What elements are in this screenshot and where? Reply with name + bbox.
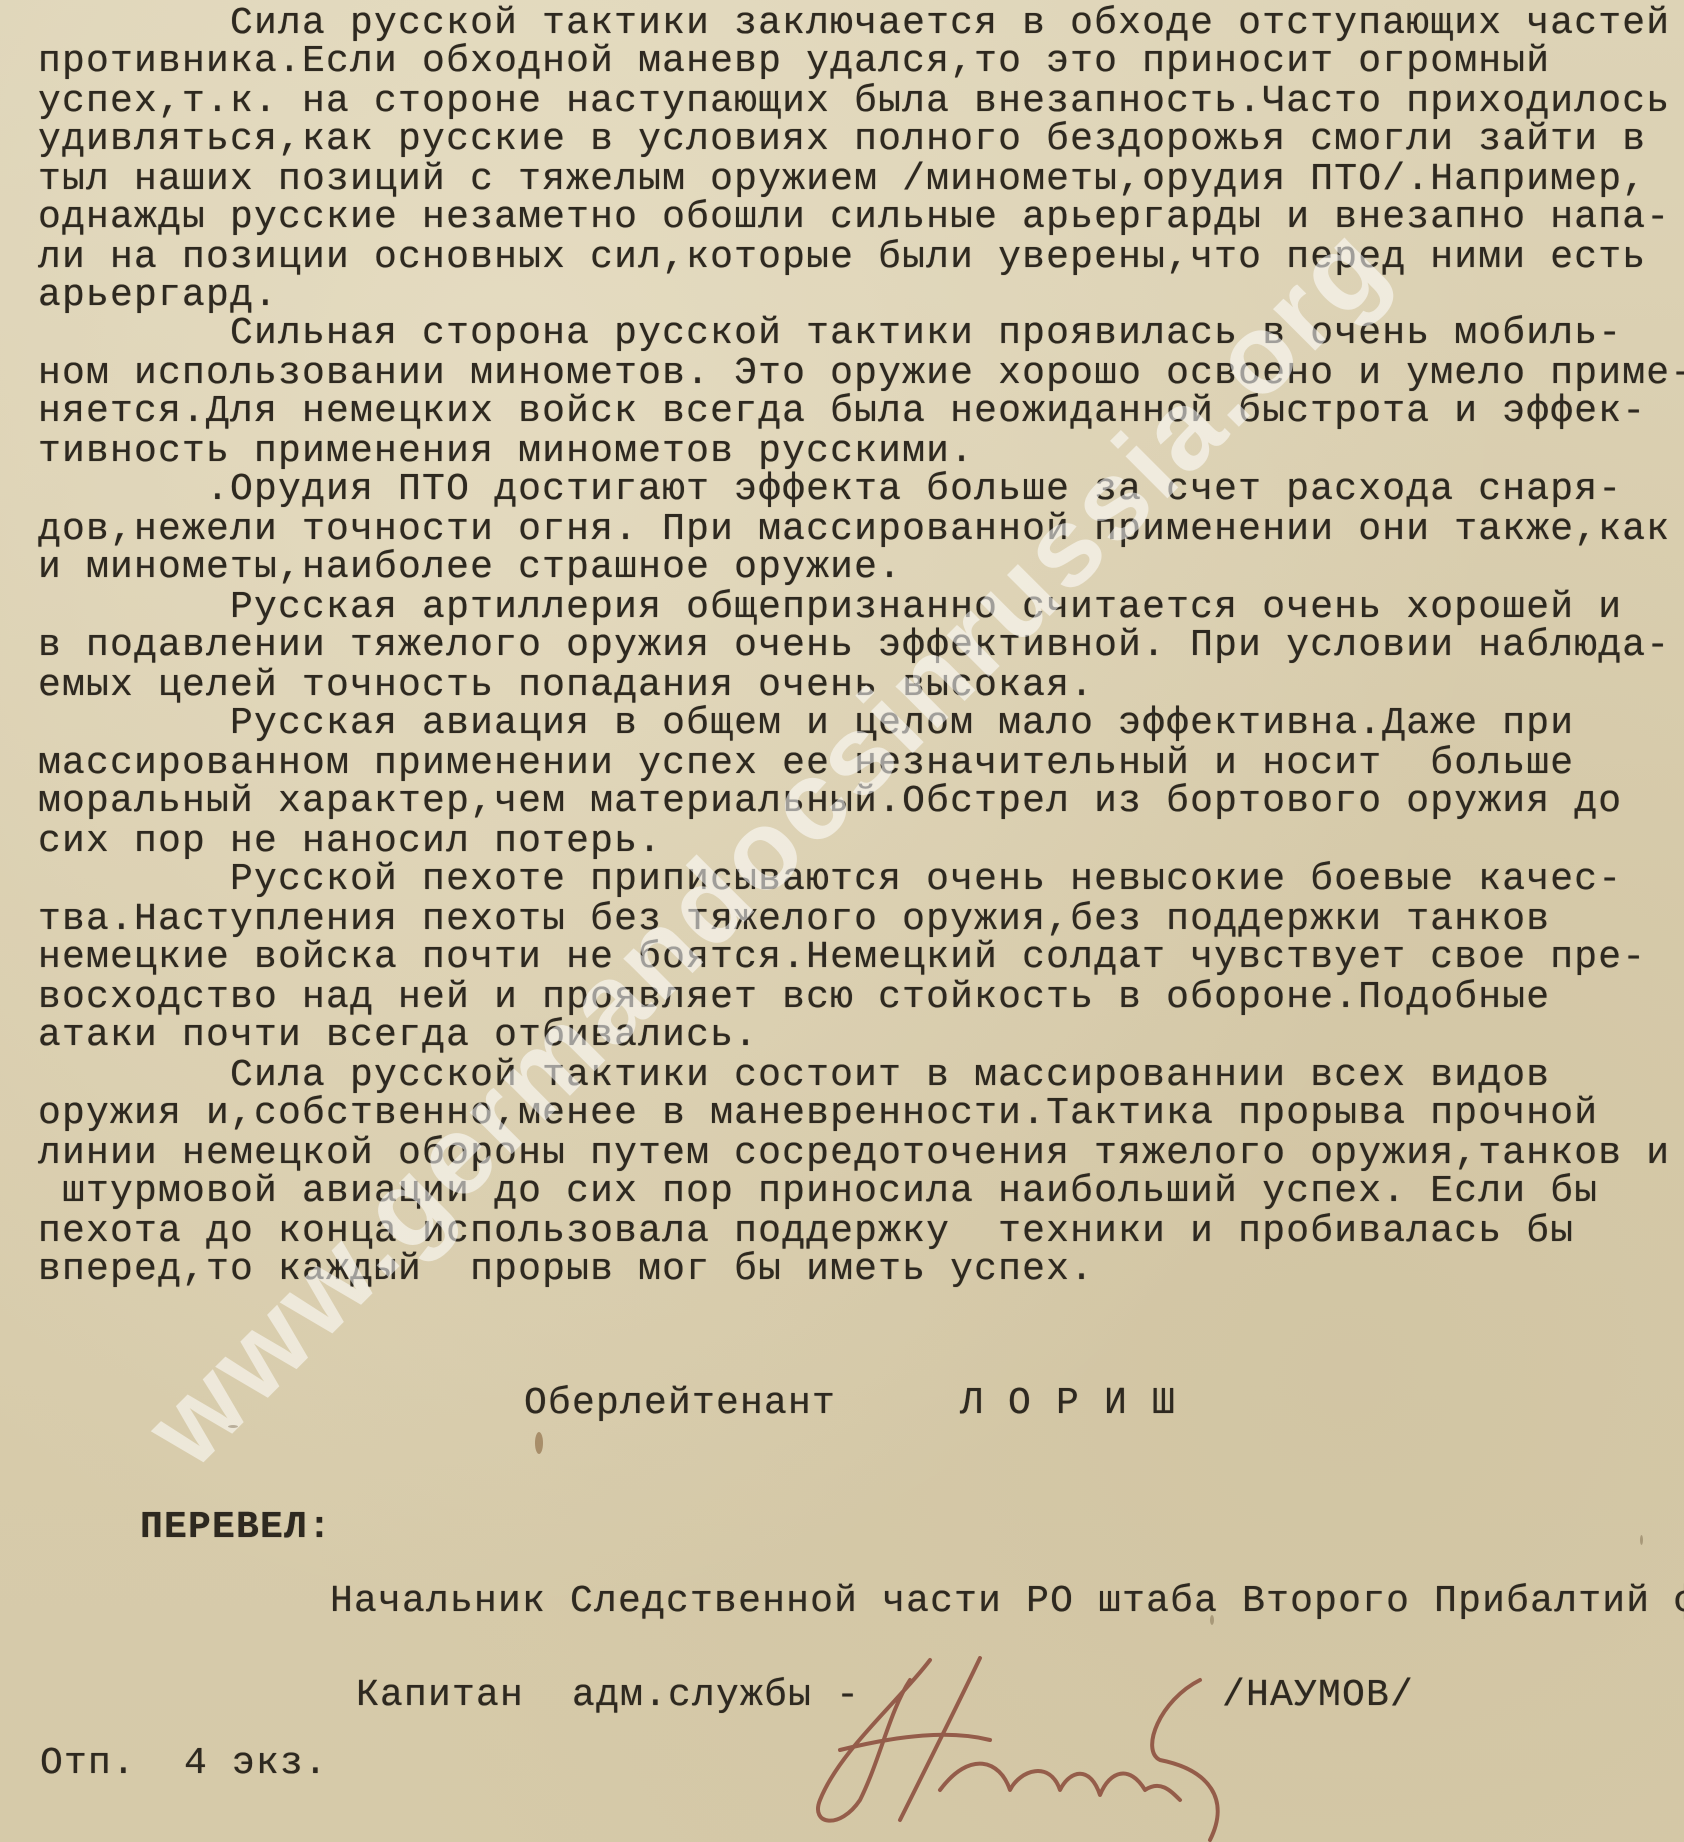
body-line: и минометы,наиболее страшное оружие. <box>38 548 902 588</box>
document-page: Сила русской тактики заключается в обход… <box>0 0 1684 1842</box>
body-line: линии немецкой обороны путем сосредоточе… <box>38 1134 1670 1174</box>
body-line: Сила русской тактики состоит в массирова… <box>38 1056 1550 1096</box>
body-line: тва.Наступления пехоты без тяжелого оруж… <box>38 900 1550 940</box>
body-line: пехота до конца использовала поддержку т… <box>38 1212 1574 1252</box>
body-line: сих пор не наносил потерь. <box>38 822 662 862</box>
body-line: тыл наших позиций с тяжелым оружием /мин… <box>38 160 1646 200</box>
body-line: противника.Если обходной маневр удался,т… <box>38 42 1550 82</box>
body-line: тивность применения минометов русскими. <box>38 432 974 472</box>
body-line: Русская артиллерия общепризнанно считает… <box>38 588 1622 628</box>
body-line: няется.Для немецких войск всегда была не… <box>38 392 1646 432</box>
copies-note: Отп. 4 экз. <box>40 1744 328 1784</box>
body-line: .Орудия ПТО достигают эффекта больше за … <box>38 470 1622 510</box>
body-line: ли на позиции основных сил,которые были … <box>38 238 1646 278</box>
body-line: дов,нежели точности огня. При массирован… <box>38 510 1670 550</box>
translator-position: Начальник Следственной части РО штаба Вт… <box>330 1582 1684 1622</box>
body-line: ном использовании минометов. Это оружие … <box>38 354 1684 394</box>
body-line: в подавлении тяжелого оружия очень эффек… <box>38 626 1670 666</box>
body-line: Русская авиация в общем и целом мало эфф… <box>38 704 1574 744</box>
body-line: арьергард. <box>38 276 278 316</box>
handwritten-signature <box>780 1640 1380 1842</box>
body-line: атаки почти всегда отбивались. <box>38 1016 758 1056</box>
body-line: штурмовой авиации до сих пор приносила н… <box>38 1172 1598 1212</box>
author-rank: Оберлейтенант <box>524 1384 836 1424</box>
body-line: восходство над ней и проявляет всю стойк… <box>38 978 1550 1018</box>
body-line: удивляться,как русские в условиях полног… <box>38 120 1646 160</box>
body-line: массированном применении успех ее незнач… <box>38 744 1574 784</box>
body-line: Сила русской тактики заключается в обход… <box>38 4 1670 44</box>
paper-stain <box>535 1432 543 1454</box>
body-line: оружия и,собственно,менее в маневренност… <box>38 1094 1598 1134</box>
body-line: немецкие войска почти не боятся.Немецкий… <box>38 938 1646 978</box>
body-line: успех,т.к. на стороне наступающих была в… <box>38 82 1670 122</box>
body-line: моральный характер,чем материальный.Обст… <box>38 782 1622 822</box>
body-line: емых целей точность попадания очень высо… <box>38 666 1094 706</box>
author-name: Л О Р И Ш <box>960 1384 1176 1424</box>
body-line: Русской пехоте приписываются очень невыс… <box>38 860 1622 900</box>
body-line: однажды русские незаметно обошли сильные… <box>38 198 1670 238</box>
paper-speck <box>1640 1535 1643 1545</box>
translated-label: ПЕРЕВЕЛ: <box>140 1508 332 1548</box>
paper-speck <box>1210 1615 1214 1625</box>
paper-speck <box>228 1425 238 1428</box>
body-line: вперед,то каждый прорыв мог бы иметь усп… <box>38 1250 1094 1290</box>
body-line: Сильная сторона русской тактики проявила… <box>38 314 1622 354</box>
